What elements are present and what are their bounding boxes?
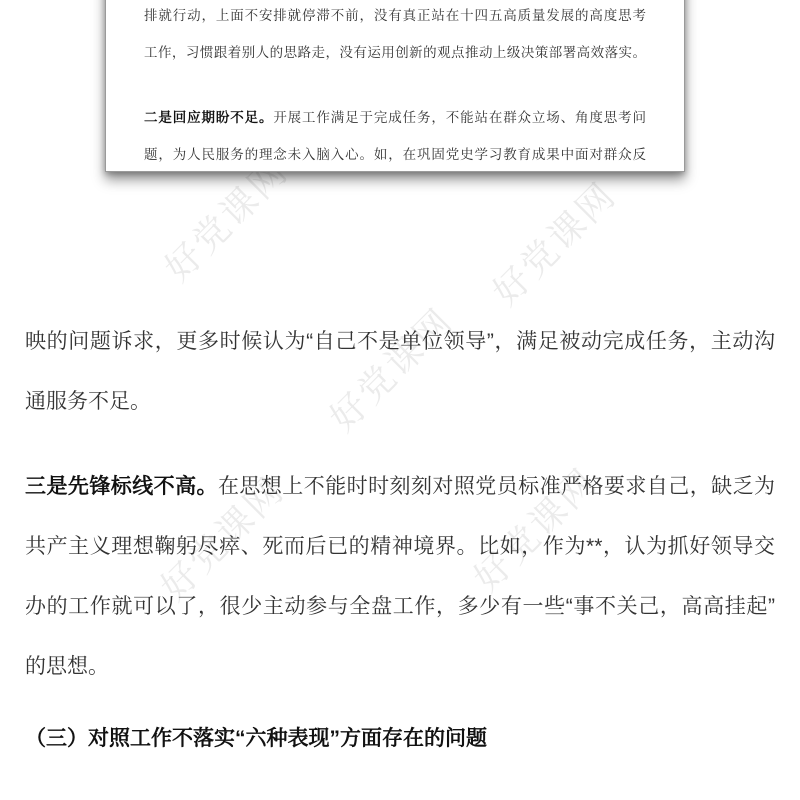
page-preview-card: 排就行动，上面不安排就停滞不前，没有真正站在十四五高质量发展的高度思考 工作，习… bbox=[105, 0, 685, 172]
section-heading: （三）对照工作不落实“六种表现”方面存在的问题 bbox=[25, 713, 775, 765]
document-line: 映的问题诉求，更多时候认为“自己不是单位领导”，满足被动完成任务，主动沟 bbox=[25, 312, 775, 372]
document-line: 共产主义理想鞠躬尽瘁、死而后已的精神境界。比如，作为**，认为抓好领导交 bbox=[25, 517, 775, 577]
preview-line: 题，为人民服务的理念未入脑入心。如，在巩固党史学习教育成果中面对群众反 bbox=[144, 136, 646, 172]
document-preview-page: { "watermark": { "text": "好党课网", "color"… bbox=[0, 0, 800, 800]
document-line: 的思想。 bbox=[25, 637, 775, 697]
watermark-text: 好党课网 bbox=[480, 169, 626, 315]
preview-line: 工作，习惯跟着别人的思路走，没有运用创新的观点推动上级决策部署高效落实。 bbox=[144, 34, 646, 71]
document-line: 三是先锋标线不高。在思想上不能时时刻刻对照党员标准严格要求自己，缺乏为 bbox=[25, 457, 775, 517]
document-line: 通服务不足。 bbox=[25, 372, 775, 432]
document-line: 办的工作就可以了，很少主动参与全盘工作，多少有一些“事不关己，高高挂起” bbox=[25, 577, 775, 637]
preview-line: 二是回应期盼不足。开展工作满足于完成任务，不能站在群众立场、角度思考问 bbox=[144, 99, 646, 136]
preview-line: 排就行动，上面不安排就停滞不前，没有真正站在十四五高质量发展的高度思考 bbox=[144, 0, 646, 34]
document-body: 映的问题诉求，更多时候认为“自己不是单位领导”，满足被动完成任务，主动沟 通服务… bbox=[25, 312, 775, 765]
